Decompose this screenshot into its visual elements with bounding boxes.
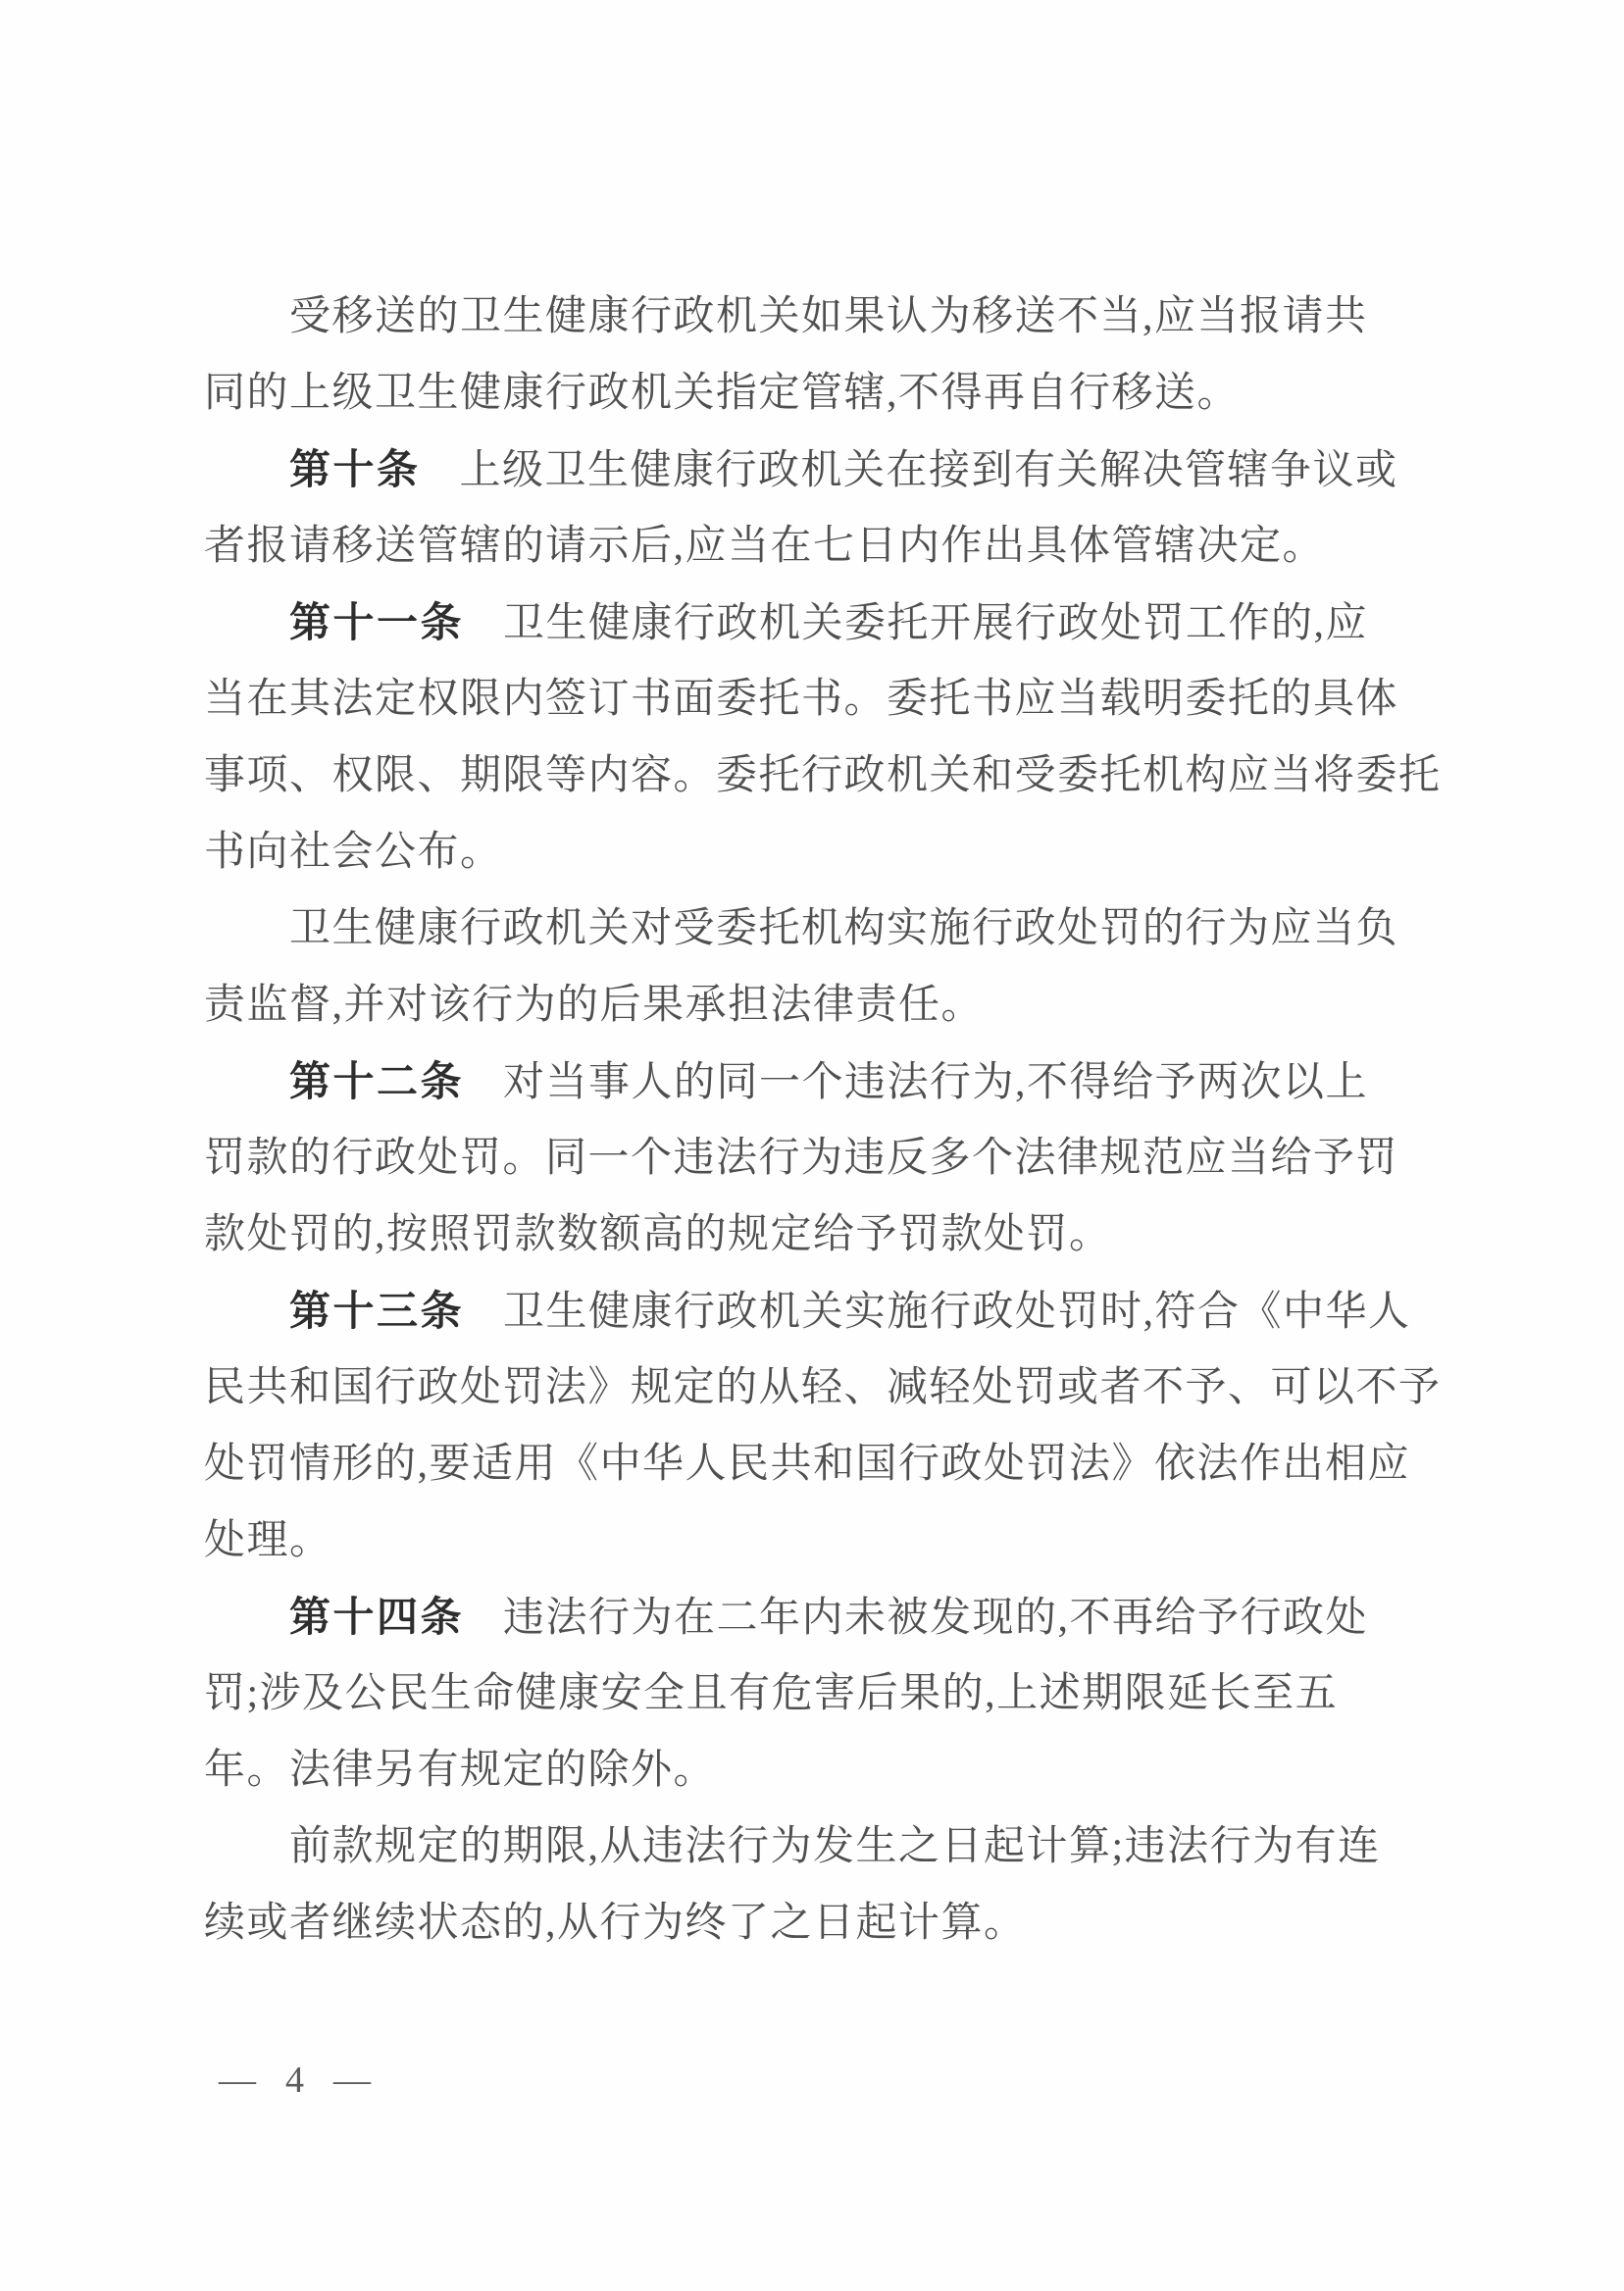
article-number: 第十条	[289, 446, 421, 492]
article-number: 第十二条	[289, 1058, 464, 1104]
document-page: 受移送的卫生健康行政机关如果认为移送不当,应当报请共同的上级卫生健康行政机关指定…	[0, 0, 1624, 2291]
text-line: 受移送的卫生健康行政机关如果认为移送不当,应当报请共	[204, 279, 1420, 355]
footer-dash-right: —	[333, 2058, 371, 2103]
body-segment: 对当事人的同一个违法行为,不得给予两次以上	[503, 1060, 1368, 1105]
body-segment: 卫生健康行政机关对受委托机构实施行政处罚的行为应当负	[289, 906, 1398, 951]
text-line: 责监督,并对该行为的后果承担法律责任。	[204, 967, 1420, 1044]
article-number: 第十三条	[289, 1288, 464, 1334]
article-number: 第十四条	[289, 1594, 464, 1640]
body-segment: 责监督,并对该行为的后果承担法律责任。	[204, 983, 984, 1028]
text-line: 续或者继续状态的,从行为终了之日起计算。	[204, 1885, 1420, 1961]
body-segment: 当在其法定权限内签订书面委托书。委托书应当载明委托的具体	[204, 677, 1398, 722]
page-footer: — 4 —	[219, 2058, 371, 2103]
text-line: 事项、权限、期限等内容。委托行政机关和受委托机构应当将委托	[204, 738, 1420, 814]
text-line: 处罚情形的,要适用《中华人民共和国行政处罚法》依法作出相应	[204, 1426, 1420, 1502]
text-line: 罚款的行政处罚。同一个违法行为违反多个法律规范应当给予罚	[204, 1120, 1420, 1196]
article-number: 第十一条	[289, 599, 464, 645]
text-line: 年。法律另有规定的除外。	[204, 1732, 1420, 1808]
body-segment: 卫生健康行政机关实施行政处罚时,符合《中华人	[503, 1290, 1411, 1335]
text-line: 当在其法定权限内签订书面委托书。委托书应当载明委托的具体	[204, 661, 1420, 738]
body-segment: 处理。	[204, 1518, 332, 1563]
body-segment: 款处罚的,按照罚款数额高的规定给予罚款处罚。	[204, 1212, 1112, 1257]
body-segment: 处罚情形的,要适用《中华人民共和国行政处罚法》依法作出相应	[204, 1442, 1410, 1487]
text-line: 处理。	[204, 1502, 1420, 1579]
text-line: 同的上级卫生健康行政机关指定管辖,不得再自行移送。	[204, 355, 1420, 432]
text-line: 第十四条违法行为在二年内未被发现的,不再给予行政处	[204, 1579, 1420, 1655]
body-segment: 同的上级卫生健康行政机关指定管辖,不得再自行移送。	[204, 371, 1240, 416]
body-segment: 事项、权限、期限等内容。委托行政机关和受委托机构应当将委托	[204, 753, 1442, 798]
text-line: 民共和国行政处罚法》规定的从轻、减轻处罚或者不予、可以不予	[204, 1349, 1420, 1426]
text-line: 第十二条对当事人的同一个违法行为,不得给予两次以上	[204, 1044, 1420, 1120]
page-number: 4	[285, 2058, 304, 2103]
footer-dash-left: —	[219, 2058, 256, 2103]
text-line: 第十一条卫生健康行政机关委托开展行政处罚工作的,应	[204, 585, 1420, 661]
body-segment: 违法行为在二年内未被发现的,不再给予行政处	[503, 1596, 1368, 1641]
body-segment: 续或者继续状态的,从行为终了之日起计算。	[204, 1901, 1027, 1946]
text-line: 者报请移送管辖的请示后,应当在七日内作出具体管辖决定。	[204, 508, 1420, 585]
body-segment: 民共和国行政处罚法》规定的从轻、减轻处罚或者不予、可以不予	[204, 1365, 1442, 1410]
text-line: 第十三条卫生健康行政机关实施行政处罚时,符合《中华人	[204, 1273, 1420, 1349]
body-segment: 罚款的行政处罚。同一个违法行为违反多个法律规范应当给予罚	[204, 1136, 1398, 1181]
body-segment: 前款规定的期限,从违法行为发生之日起计算;违法行为有连	[289, 1824, 1381, 1869]
body-segment: 卫生健康行政机关委托开展行政处罚工作的,应	[503, 601, 1368, 646]
body-segment: 年。法律另有规定的除外。	[204, 1748, 716, 1793]
text-line: 卫生健康行政机关对受委托机构实施行政处罚的行为应当负	[204, 891, 1420, 967]
body-segment: 上级卫生健康行政机关在接到有关解决管辖争议或	[460, 448, 1398, 493]
text-line: 第十条上级卫生健康行政机关在接到有关解决管辖争议或	[204, 432, 1420, 508]
text-line: 罚;涉及公民生命健康安全且有危害后果的,上述期限延长至五	[204, 1655, 1420, 1732]
body-segment: 书向社会公布。	[204, 830, 503, 875]
text-line: 前款规定的期限,从违法行为发生之日起计算;违法行为有连	[204, 1808, 1420, 1885]
body-text-block: 受移送的卫生健康行政机关如果认为移送不当,应当报请共同的上级卫生健康行政机关指定…	[204, 279, 1420, 1961]
body-segment: 受移送的卫生健康行政机关如果认为移送不当,应当报请共	[289, 294, 1368, 339]
body-segment: 者报请移送管辖的请示后,应当在七日内作出具体管辖决定。	[204, 524, 1325, 569]
body-segment: 罚;涉及公民生命健康安全且有危害后果的,上述期限延长至五	[204, 1671, 1338, 1716]
text-line: 款处罚的,按照罚款数额高的规定给予罚款处罚。	[204, 1196, 1420, 1273]
text-line: 书向社会公布。	[204, 814, 1420, 891]
